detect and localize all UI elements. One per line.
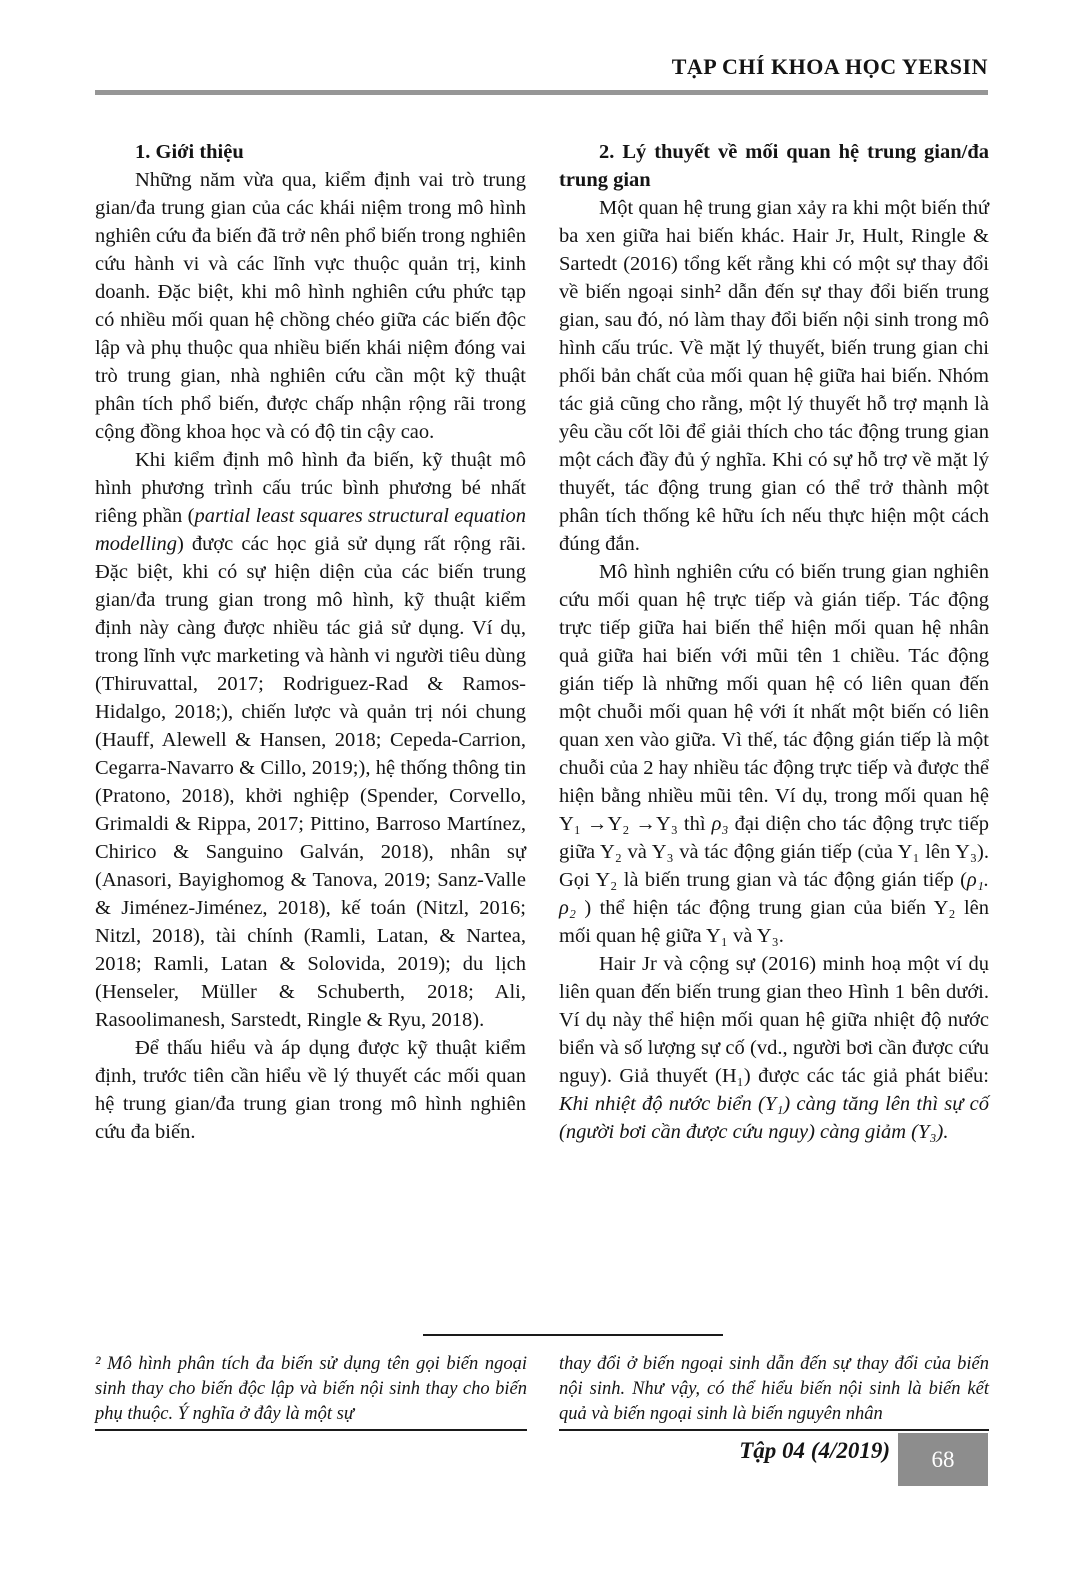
journal-title: TẠP CHÍ KHOA HỌC YERSIN bbox=[95, 54, 988, 80]
paragraph: Mô hình nghiên cứu có biến trung gian ng… bbox=[559, 558, 989, 950]
page-number: 68 bbox=[932, 1447, 955, 1473]
paragraph: Những năm vừa qua, kiểm định vai trò tru… bbox=[95, 166, 526, 446]
section-2-heading: 2. Lý thuyết về mối quan hệ trung gian/đ… bbox=[559, 138, 989, 194]
column-left: 1. Giới thiệu Những năm vừa qua, kiểm đị… bbox=[95, 138, 526, 1146]
footer-issue-label: Tập 04 (4/2019) bbox=[540, 1438, 890, 1464]
paragraph: Khi kiểm định mô hình đa biến, kỹ thuật … bbox=[95, 446, 526, 1034]
footnote-right: thay đổi ở biến ngoại sinh dẫn đến sự th… bbox=[559, 1352, 989, 1431]
footnote-left: ² Mô hình phân tích đa biến sử dụng tên … bbox=[95, 1352, 527, 1431]
column-right: 2. Lý thuyết về mối quan hệ trung gian/đ… bbox=[559, 138, 989, 1146]
paragraph: Để thấu hiểu và áp dụng được kỹ thuật ki… bbox=[95, 1034, 526, 1146]
page-number-badge: 68 bbox=[898, 1433, 988, 1486]
paragraph: Một quan hệ trung gian xảy ra khi một bi… bbox=[559, 194, 989, 558]
journal-page: TẠP CHÍ KHOA HỌC YERSIN 1. Giới thiệu Nh… bbox=[0, 0, 1087, 1574]
footnote-separator bbox=[423, 1334, 723, 1336]
paragraph: Hair Jr và cộng sự (2016) minh hoạ một v… bbox=[559, 950, 989, 1146]
section-1-heading: 1. Giới thiệu bbox=[95, 138, 526, 166]
header-rule bbox=[95, 90, 988, 95]
